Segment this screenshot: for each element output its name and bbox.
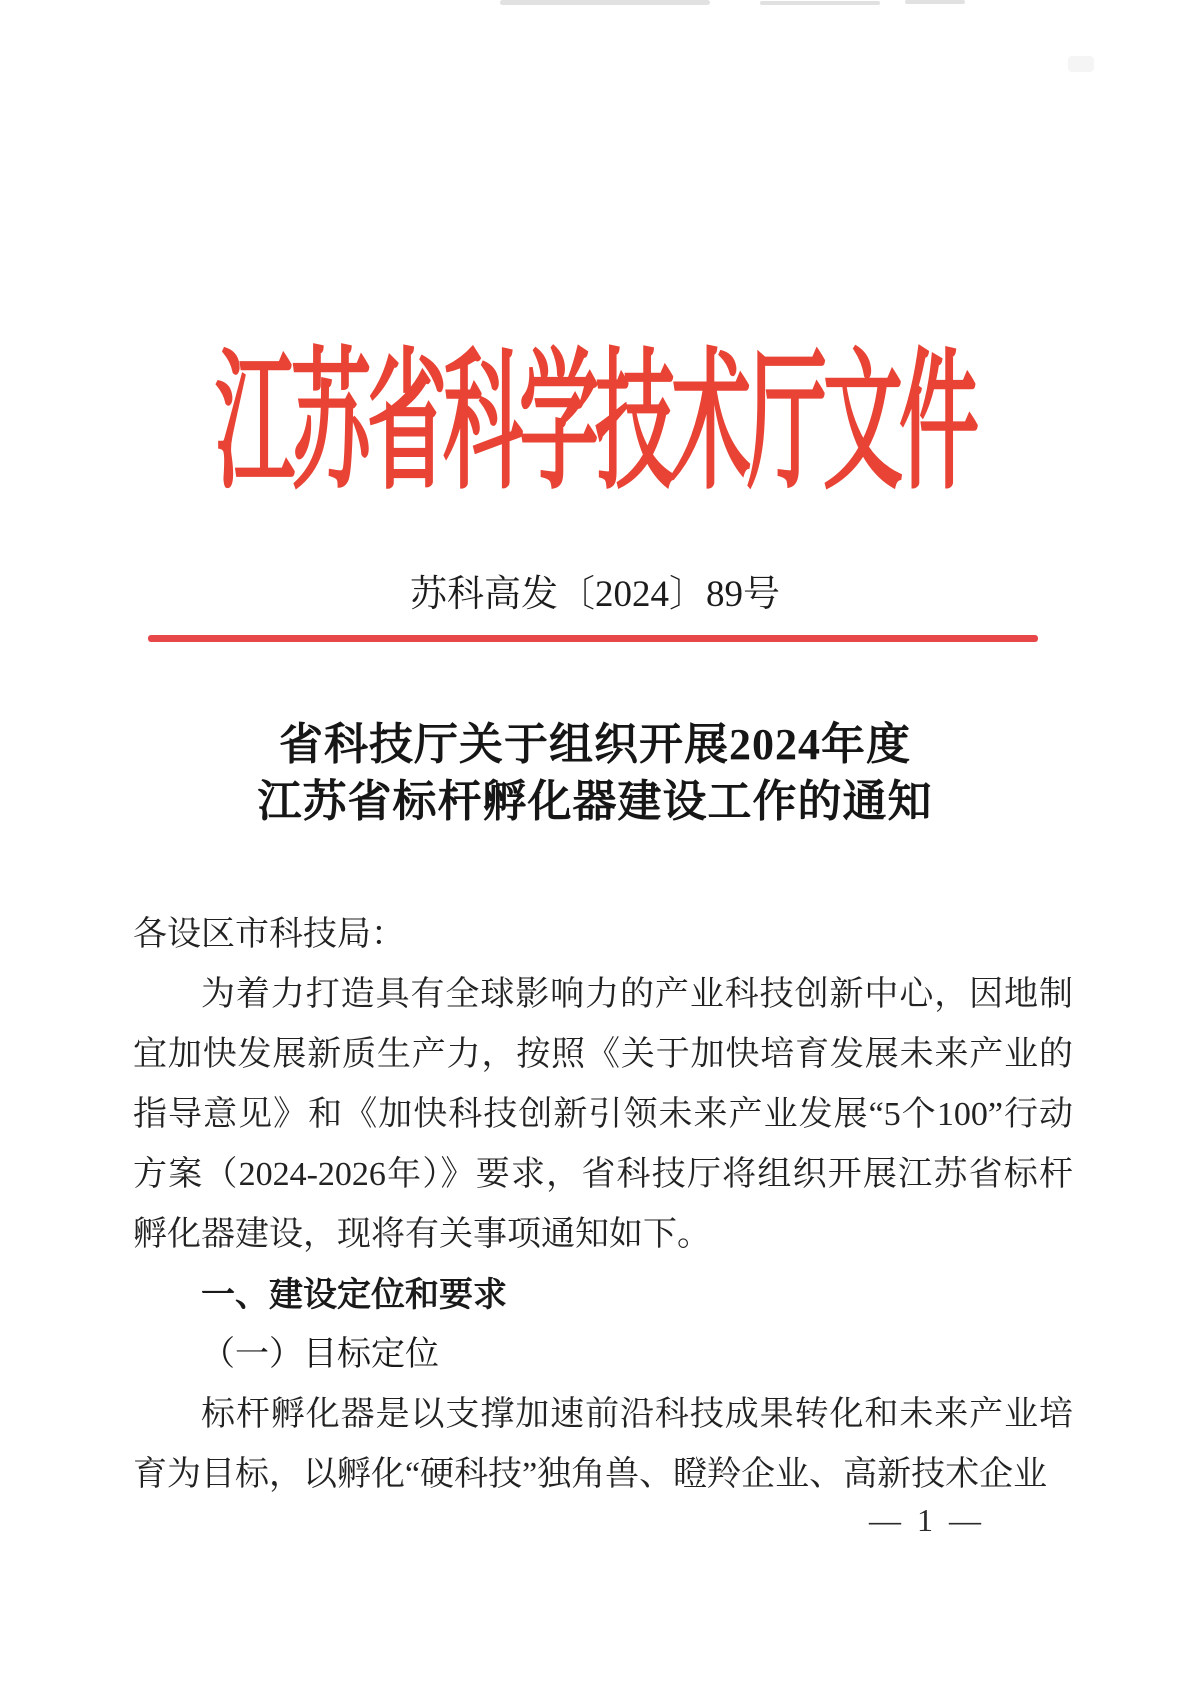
subsection-heading-1-1: （一）目标定位 (133, 1325, 1073, 1385)
page-number: — 1 — (869, 1502, 985, 1538)
paragraph-positioning: 标杆孵化器是以支撑加速前沿科技成果转化和未来产业培育为目标，以孵化“硬科技”独角… (133, 1385, 1073, 1505)
notice-title-line1: 省科技厅关于组织开展2024年度 (0, 716, 1190, 773)
notice-title-line2: 江苏省标杆孵化器建设工作的通知 (0, 773, 1190, 830)
letterhead-title: 江苏省科学技术厅文件 (0, 349, 1190, 501)
paragraph-intro: 为着力打造具有全球影响力的产业科技创新中心，因地制宜加快发展新质生产力，按照《关… (133, 965, 1073, 1265)
document-body: 各设区市科技局： 为着力打造具有全球影响力的产业科技创新中心，因地制宜加快发展新… (133, 905, 1073, 1505)
scan-artifact (500, 0, 710, 5)
notice-title: 省科技厅关于组织开展2024年度 江苏省标杆孵化器建设工作的通知 (0, 716, 1190, 830)
salutation: 各设区市科技局： (133, 905, 1073, 965)
scanned-document-page: 江苏省科学技术厅文件 苏科高发〔2024〕89号 省科技厅关于组织开展2024年… (0, 0, 1190, 1683)
red-divider-line (148, 635, 1038, 642)
document-number: 苏科高发〔2024〕89号 (0, 572, 1190, 618)
scan-artifact (760, 1, 880, 5)
section-heading-1: 一、建设定位和要求 (133, 1265, 1073, 1325)
scan-artifact (1068, 56, 1094, 72)
scan-artifact (905, 0, 965, 4)
